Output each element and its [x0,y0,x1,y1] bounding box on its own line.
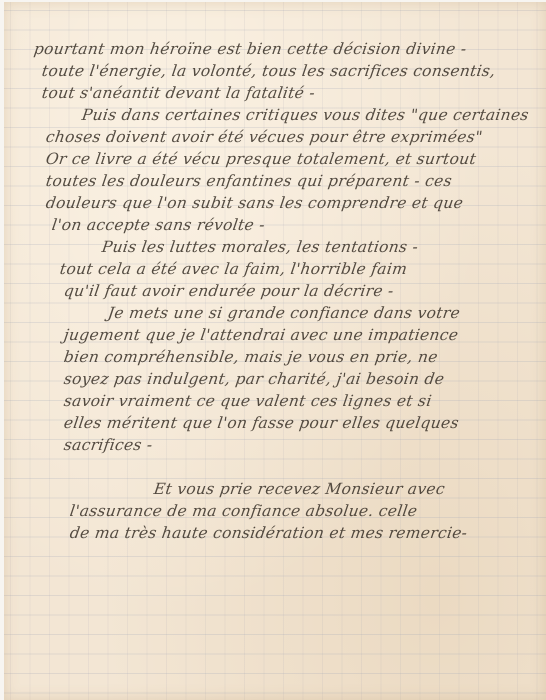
body-line: elles méritent que l'on fasse pour elles… [63,414,460,432]
body-line: douleurs que l'on subit sans les compren… [45,194,465,212]
body-line: Puis les luttes morales, les tentations … [101,238,420,256]
body-line: Je mets une si grande confiance dans vot… [107,304,462,322]
closing-line: l'assurance de ma confiance absolue. cel… [69,502,419,520]
body-line: tout cela a été avec la faim, l'horrible… [59,260,409,278]
body-line: toute l'énergie, la volonté, tous les sa… [41,62,497,80]
body-line: l'on accepte sans révolte - [51,216,266,234]
body-line: pourtant mon héroïne est bien cette déci… [33,40,468,58]
letter-page: pourtant mon héroïne est bien cette déci… [4,2,546,700]
body-line: choses doivent avoir été vécues pour êtr… [45,128,484,146]
body-line: Puis dans certaines critiques vous dites… [81,106,530,124]
body-line: bien compréhensible, mais je vous en pri… [63,348,439,366]
closing-line: de ma très haute considération et mes re… [69,524,469,542]
body-line: soyez pas indulgent, par charité, j'ai b… [63,370,446,388]
body-line: Or ce livre a été vécu presque totalemen… [45,150,478,168]
body-line: sacrifices - [63,436,154,454]
body-line: toutes les douleurs enfantines qui prépa… [45,172,453,190]
body-line: qu'il faut avoir endurée pour la décrire… [63,282,395,300]
body-line: tout s'anéantit devant la fatalité - [41,84,316,102]
body-line: jugement que je l'attendrai avec une imp… [63,326,460,344]
closing-line: Et vous prie recevez Monsieur avec [153,480,446,498]
body-line: savoir vraiment ce que valent ces lignes… [63,392,433,410]
